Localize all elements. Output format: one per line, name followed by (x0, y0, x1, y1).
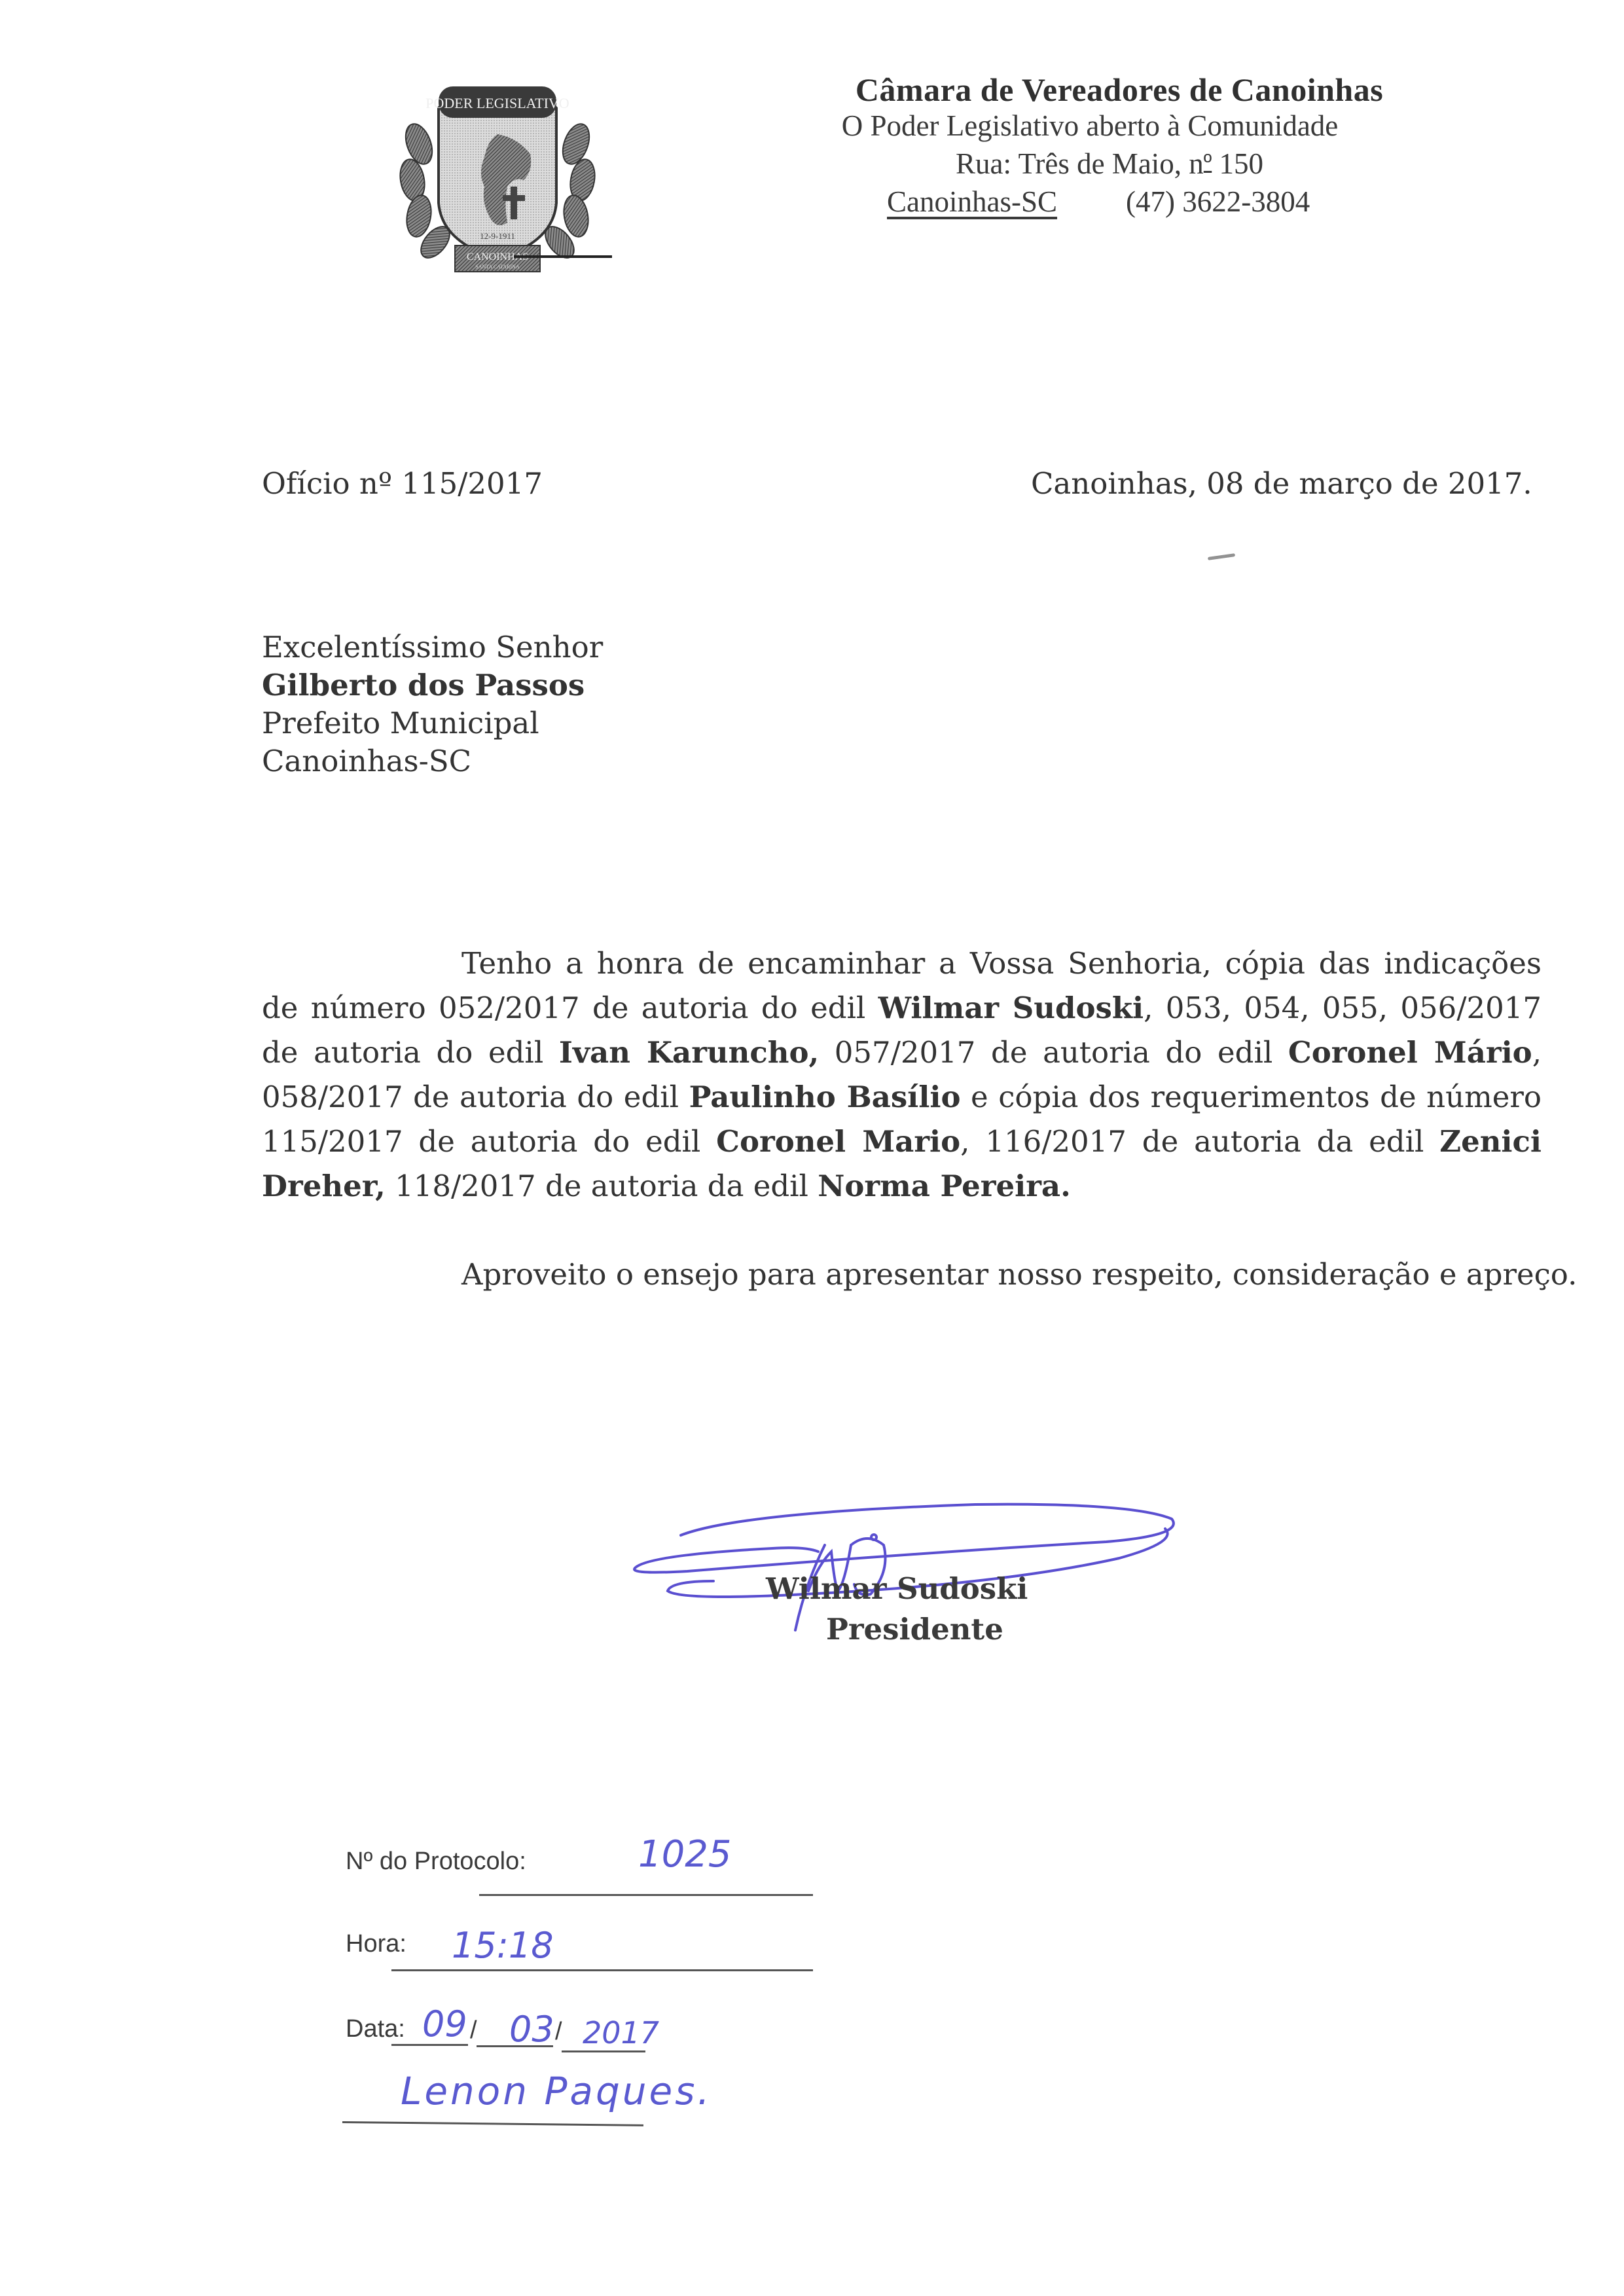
addressee-name: Gilberto dos Passos (262, 666, 603, 704)
protocol-time-value: 15:18 (452, 1925, 554, 1966)
author-name: Coronel Mário (1288, 1035, 1532, 1070)
protocol-date-month: 03 (509, 2009, 554, 2050)
addressee-title: Prefeito Municipal (262, 704, 603, 742)
protocol-time-line (391, 1969, 813, 1971)
address-ordinal: º (1204, 150, 1212, 175)
protocol-receiver-line (342, 2121, 643, 2126)
date-separator-1: / (470, 2016, 477, 2045)
protocol-number-value: 1025 (638, 1833, 732, 1876)
protocol-number-line (479, 1894, 813, 1896)
protocol-date-year: 2017 (583, 2015, 659, 2050)
addressee-salutation: Excelentíssimo Senhor (262, 629, 603, 666)
date-separator-2: / (555, 2018, 562, 2046)
institution-address: Rua: Três de Maio, nº 150 (795, 147, 1404, 181)
body-text-segment: 057/2017 de autoria do edil (819, 1035, 1288, 1070)
author-name: Coronel Mario (716, 1124, 960, 1159)
body-paragraph: Tenho a honra de encaminhar a Vossa Senh… (262, 941, 1542, 1209)
institution-motto: O Poder Legislativo aberto à Comunidade (795, 109, 1384, 143)
stray-pen-mark (1208, 553, 1235, 560)
author-name: Ivan Karuncho, (559, 1035, 819, 1070)
crest-founding-date: 12-9-1911 (480, 231, 515, 241)
date-month-line (477, 2045, 553, 2047)
crest-logo: PODER LEGISLATIVO 12-9-1911 CANOINHAS SA… (383, 72, 612, 275)
crest-ribbon-subtext: SANTA CATARINA (475, 264, 520, 270)
address-street: Rua: Três de Maio, n (956, 147, 1204, 180)
institution-phone: (47) 3622-3804 (1126, 185, 1310, 219)
date-day-line (391, 2044, 468, 2046)
protocol-number-label: Nº do Protocolo: (346, 1848, 526, 1876)
protocol-date-day: 09 (422, 2003, 467, 2045)
crest-banner-text: PODER LEGISLATIVO (425, 95, 569, 111)
protocol-date-label: Data: (346, 2015, 405, 2043)
date-year-line (562, 2050, 645, 2052)
signatory-role: Presidente (826, 1612, 1003, 1647)
document-number: Ofício nº 115/2017 (262, 466, 543, 501)
protocol-time-label: Hora: (346, 1930, 406, 1958)
addressee-city: Canoinhas-SC (262, 742, 603, 780)
document-place-date: Canoinhas, 08 de março de 2017. (1031, 466, 1532, 501)
body-text-segment: 118/2017 de autoria da edil (386, 1169, 818, 1203)
body-text-segment: , 116/2017 de autoria da edil (960, 1124, 1439, 1159)
addressee-block: Excelentíssimo Senhor Gilberto dos Passo… (262, 629, 603, 780)
protocol-receiver-signature: Lenon Paques. (401, 2069, 712, 2113)
closing-paragraph: Aproveito o ensejo para apresentar nosso… (461, 1257, 1577, 1292)
author-name: Wilmar Sudoski (878, 991, 1144, 1025)
author-name: Paulinho Basílio (689, 1080, 961, 1114)
institution-name: Câmara de Vereadores de Canoinhas (795, 71, 1443, 109)
signatory-name: Wilmar Sudoski (766, 1571, 1028, 1606)
institution-city: Canoinhas-SC (887, 185, 1057, 219)
address-number: 150 (1212, 147, 1263, 180)
author-name: Norma Pereira. (818, 1169, 1071, 1203)
